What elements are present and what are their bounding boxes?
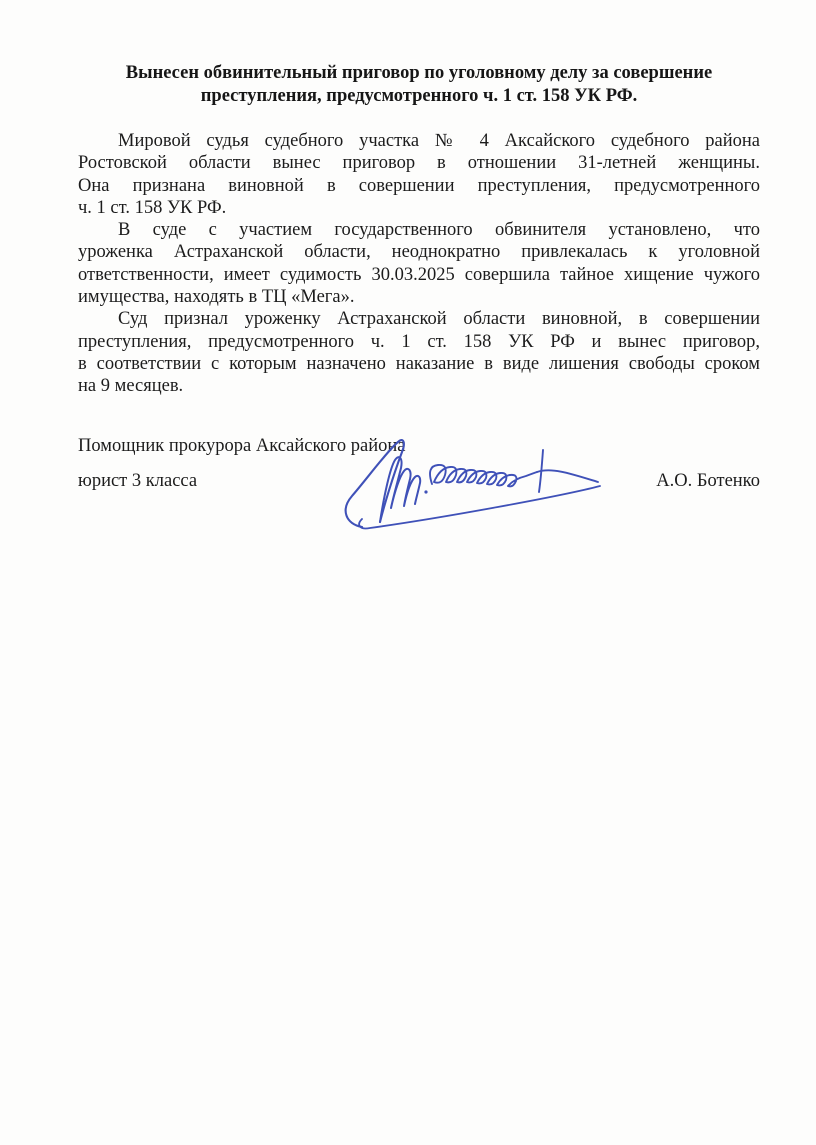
signer-name: А.О. Ботенко [656,470,760,492]
paragraph-line: преступления, предусмотренного ч. 1 ст. … [78,331,760,353]
signature-row: юрист 3 класса А.О. Ботенко [78,470,760,492]
paragraph-line: Ростовской области вынес приговор в отно… [78,152,760,174]
paragraph-line: Суд признал уроженку Астраханской област… [78,308,760,330]
document-content: Вынесен обвинительный приговор по уголов… [78,0,760,492]
paragraph-3: Суд признал уроженку Астраханской област… [78,308,760,397]
paragraph-line: в соответствии с которым назначено наказ… [78,353,760,375]
paragraph-line: Мировой судья судебного участка № 4 Акса… [78,130,760,152]
paragraph-line: имущества, находять в ТЦ «Мега». [78,286,760,308]
paragraph-line: ч. 1 ст. 158 УК РФ. [78,197,760,219]
signer-position: Помощник прокурора Аксайского района [78,435,760,457]
title-line-2: преступления, предусмотренного ч. 1 ст. … [78,85,760,108]
paragraph-line: на 9 месяцев. [78,375,760,397]
paragraph-line: уроженка Астраханской области, неоднокра… [78,241,760,263]
paragraph-1: Мировой судья судебного участка № 4 Акса… [78,130,760,219]
document-body: Мировой судья судебного участка № 4 Акса… [78,130,760,398]
title-line-1: Вынесен обвинительный приговор по уголов… [78,62,760,85]
document-title: Вынесен обвинительный приговор по уголов… [78,62,760,108]
signature-block: Помощник прокурора Аксайского района юри… [78,435,760,492]
document-page: Вынесен обвинительный приговор по уголов… [0,0,816,1145]
paragraph-line: ответственности, имеет судимость 30.03.2… [78,264,760,286]
paragraph-2: В суде с участием государственного обвин… [78,219,760,308]
signer-rank: юрист 3 класса [78,470,197,492]
paragraph-line: Она признана виновной в совершении прест… [78,175,760,197]
paragraph-line: В суде с участием государственного обвин… [78,219,760,241]
